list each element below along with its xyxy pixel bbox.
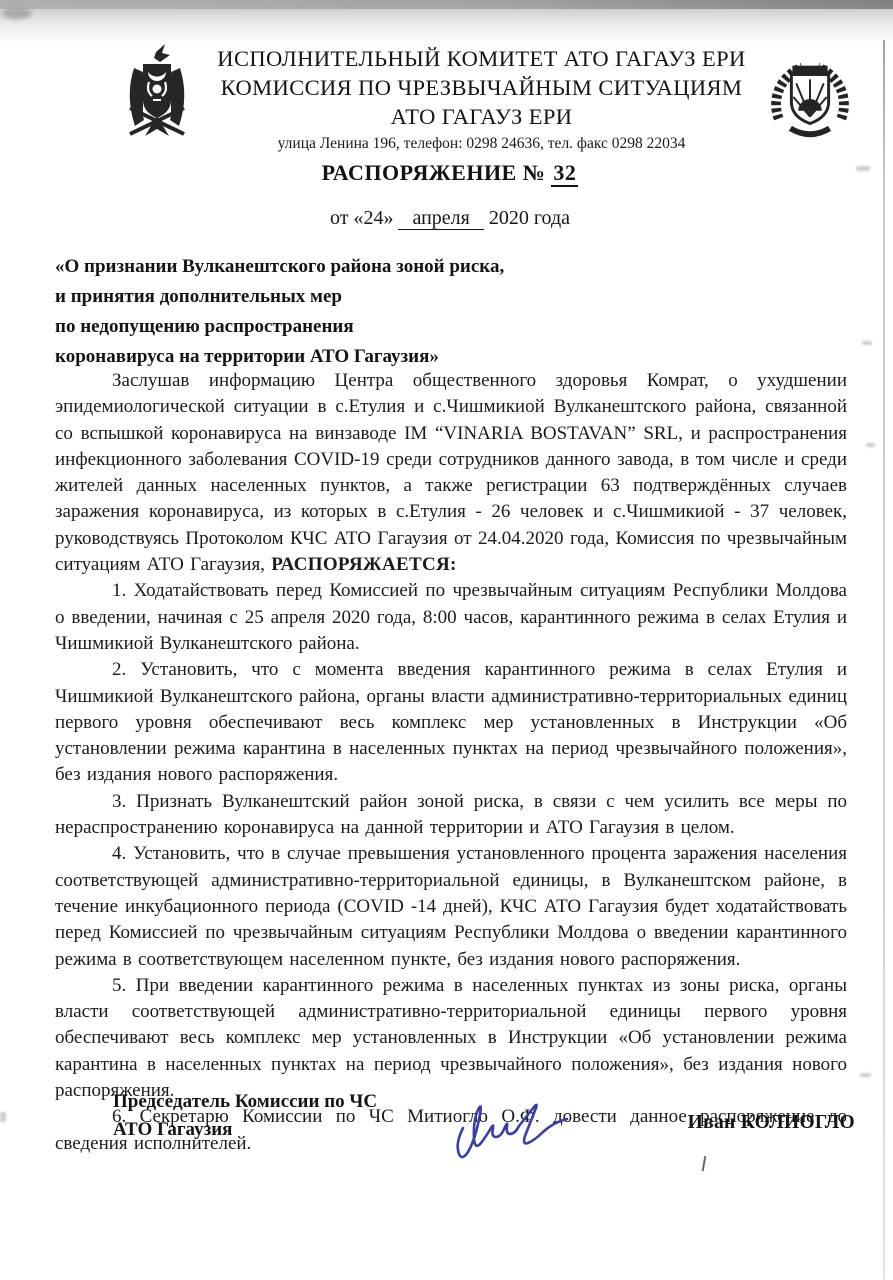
org-name-line1: ИСПОЛНИТЕЛЬНЫЙ КОМИТЕТ АТО ГАГАУЗ ЕРИ (202, 44, 761, 73)
order-item-4: 4. Установить, что в случае превышения у… (55, 841, 847, 972)
scan-corner-smudge (2, 8, 32, 19)
scan-smudge (862, 341, 872, 345)
document-subject: «О признании Вулканештского района зоной… (55, 252, 655, 372)
scan-smudge (866, 443, 875, 447)
signer-role: Председатель Комиссии по ЧС АТО Гагаузия (113, 1088, 413, 1144)
date-prefix: от «24» (330, 207, 393, 229)
org-title-block: ИСПОЛНИТЕЛЬНЫЙ КОМИТЕТ АТО ГАГАУЗ ЕРИ КО… (202, 42, 761, 153)
scan-smudge (856, 166, 870, 171)
signer-role-line2: АТО Гагаузия (113, 1116, 413, 1144)
scan-top-edge (0, 0, 893, 9)
moldova-coat-of-arms-icon (112, 42, 202, 147)
document-body: Заслушав информацию Центра общественного… (55, 368, 847, 1157)
subject-line: и принятия дополнительных мер (55, 282, 655, 312)
order-item-1: 1. Ходатайствовать перед Комиссией по чр… (55, 578, 847, 657)
preamble-text: Заслушав информацию Центра общественного… (55, 370, 847, 575)
org-name-line3: АТО ГАГАУЗ ЕРИ (202, 102, 761, 131)
date-month: апреля (398, 207, 483, 230)
document-date: от «24» апреля 2020 года (55, 207, 845, 230)
order-item-5: 5. При введении карантинного режима в на… (55, 973, 847, 1104)
gagauzia-coat-of-arms-icon (761, 44, 859, 154)
handwritten-signature (441, 1086, 611, 1166)
signer-role-line1: Председатель Комиссии по ЧС (113, 1088, 413, 1116)
order-item-3: 3. Признать Вулканештский район зоной ри… (55, 789, 847, 842)
scan-smudge (860, 1073, 871, 1077)
document-number: 32 (551, 160, 578, 187)
order-item-2: 2. Установить, что с момента введения ка… (55, 657, 847, 788)
signer-name: Иван КОЛИОГЛО (611, 1112, 855, 1134)
letterhead: ИСПОЛНИТЕЛЬНЫЙ КОМИТЕТ АТО ГАГАУЗ ЕРИ КО… (0, 42, 893, 154)
date-suffix: 2020 года (489, 207, 570, 229)
org-name-line2: КОМИССИЯ ПО ЧРЕЗВЫЧАЙНЫМ СИТУАЦИЯМ (202, 73, 761, 102)
subject-line: «О признании Вулканештского района зоной… (55, 252, 655, 282)
document-title-prefix: РАСПОРЯЖЕНИЕ № (322, 160, 552, 185)
scan-smudge (0, 1112, 6, 1122)
scanned-document-page: ИСПОЛНИТЕЛЬНЫЙ КОМИТЕТ АТО ГАГАУЗ ЕРИ КО… (0, 0, 893, 1280)
org-address: улица Ленина 196, телефон: 0298 24636, т… (202, 135, 761, 153)
preamble-paragraph: Заслушав информацию Центра общественного… (55, 368, 847, 578)
signature-block: Председатель Комиссии по ЧС АТО Гагаузия… (55, 1088, 855, 1166)
subject-line: по недопущению распространения (55, 312, 655, 342)
resolves-word: РАСПОРЯЖАЕТСЯ: (271, 554, 456, 575)
document-title: РАСПОРЯЖЕНИЕ № 32 (55, 160, 845, 186)
scan-page-edge-line (883, 40, 885, 1280)
